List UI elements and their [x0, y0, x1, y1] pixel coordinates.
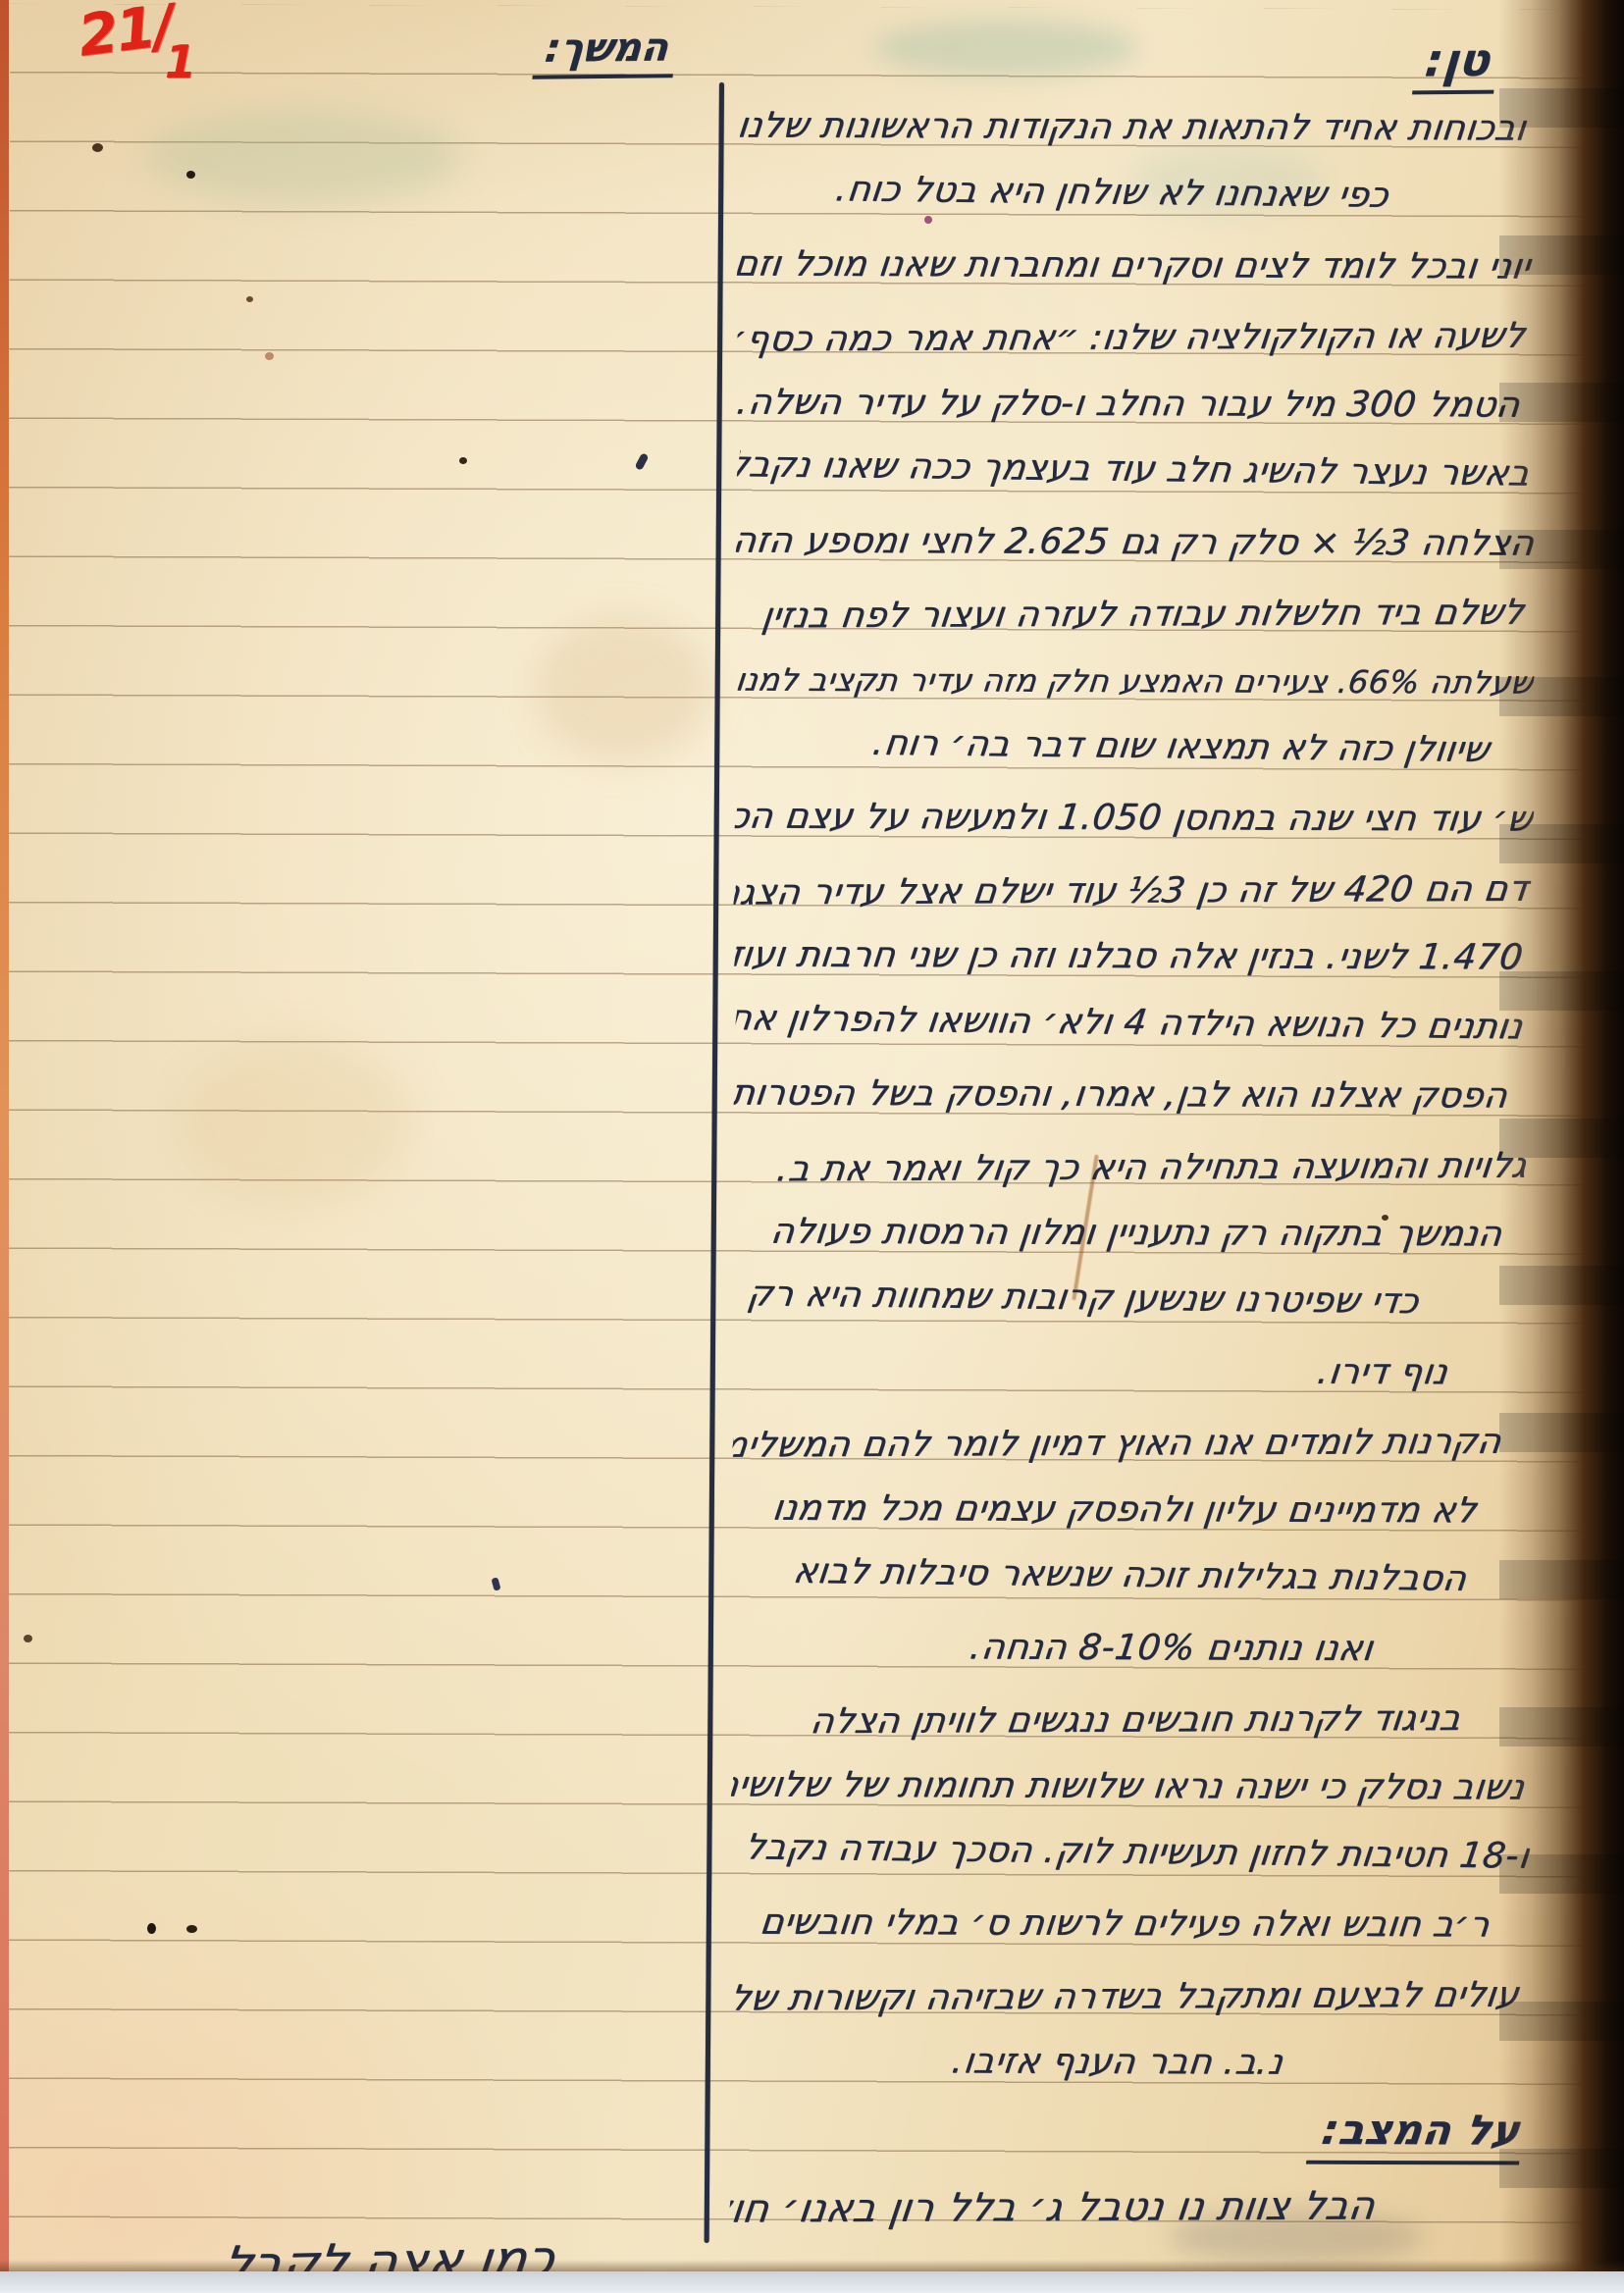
paper-stain [535, 616, 711, 763]
closing-line: הבל צוות נו נטבל ג׳ בלל רון באנו׳ חוקה [725, 2167, 1533, 2240]
manuscript-line: נוף דירו. [730, 1334, 1536, 1407]
page-number-main: 21/ [76, 0, 176, 65]
manuscript-line: ש׳ עוד חצי שנה במחסן 1.050 ולמעשה על עצם… [732, 782, 1538, 855]
manuscript-line: הפסק אצלנו הוא לבן, אמרו, והפסק בשל הפטר… [731, 1059, 1537, 1131]
manuscript-line: הנמשך בתקוה רק נתעניין ומלון הרמסות פעול… [730, 1196, 1536, 1269]
page-number-sub: 1 [165, 39, 196, 84]
green-smudge [147, 110, 461, 203]
manuscript-line: נותנים כל הנושא הילדה 4 ולא׳ הוושאו להפר… [732, 983, 1538, 1062]
manuscript-line: ר׳ב חובש ואלה פעילים לרשות ס׳ במלי חובשי… [727, 1888, 1533, 1960]
manuscript-line: ואנו נותנים 8-10% הנחה. [729, 1611, 1535, 1684]
manuscript-text-column: ובכוחות אחיד להתאות את הנקודות הראשונות … [730, 90, 1535, 2236]
manuscript-line: נשוב נסלק כי ישנה נראו שלושות תחומות של … [728, 1749, 1534, 1822]
scanned-notebook-page: 21/1 המשך: טן: ובכוחות אחיד להתאות את הנ… [0, 0, 1624, 2293]
manuscript-line: הטמל 300 מיל עבור החלב ו-סלק על עדיר השל… [733, 367, 1539, 440]
manuscript-line: לשלם ביד חלשלות עבודה לעזרה ועצור לפח בנ… [731, 578, 1539, 651]
manuscript-line: ו-18 חטיבות לחזון תעשיות לוק. הסכך עבודה… [728, 1812, 1534, 1891]
ink-speck [147, 1923, 156, 1934]
manuscript-line: הסבלנות בגלילות זוכה שנשאר סיבלות לבוא [729, 1536, 1535, 1614]
manuscript-line: דם הם 420 של זה כן 3½ עוד ישלם אצל עדיר … [730, 854, 1538, 926]
green-smudge [873, 20, 1138, 77]
ink-speck [459, 457, 467, 464]
ink-speck [24, 1635, 32, 1642]
manuscript-line: ובכוחות אחיד להתאות את הנקודות הראשונות … [734, 90, 1540, 163]
manuscript-line: באשר נעצר להשיג חלב עוד בעצמך ככה שאנו נ… [734, 430, 1540, 508]
paper-stain [177, 1038, 412, 1205]
manuscript-line: יוני ובכל לומד לצים וסקרים ומחברות שאנו … [734, 229, 1540, 301]
ink-speck [186, 1925, 197, 1933]
manuscript-line: 1.470 לשני. בנזין אלה סבלנו וזה כן שני ח… [731, 920, 1537, 993]
ink-speck [246, 296, 253, 302]
manuscript-line: שיוולן כזה לא תמצאו שום דבר בה׳ רוח. [733, 706, 1539, 785]
page-bottom-edge-shadow [0, 2260, 1624, 2271]
manuscript-line: שעלתה 66%. צעירים האמצע חלק מזה עדיר תקצ… [732, 644, 1538, 716]
manuscript-line: נ.ב. חבר הענף אזיבו. [727, 2026, 1533, 2099]
footer-section-header-text: על המצב: [1306, 2107, 1526, 2164]
page-number: 21/1 [79, 2, 204, 59]
scanner-background-strip [0, 2271, 1624, 2293]
footer-section-header: על המצב: [727, 2095, 1533, 2167]
manuscript-line: גלויות והמועצה בתחילה היא כך קול ואמר את… [729, 1130, 1537, 1203]
ink-speck [265, 352, 274, 360]
page-left-edge [0, 0, 9, 2293]
manuscript-line: עולים לבצעם ומתקבל בשדרה שבזיהה וקשורות … [726, 1959, 1534, 2032]
manuscript-line: כדי שפיטרנו שנשען קרובות שמחוות היא רק [730, 1260, 1536, 1338]
manuscript-line: לשעה או הקולקולציה שלנו: ״אחת אמר כמה כס… [732, 301, 1540, 374]
manuscript-line: הצלחה 3½ × סלק רק גם 2.625 לחצי ומספע הז… [733, 505, 1539, 578]
book-spine-shadow [1499, 0, 1624, 2293]
header-continuation: המשך: [532, 25, 678, 78]
manuscript-line: לא מדמיינים עליון ולהפסק עצמים מכל מדמנו [729, 1473, 1535, 1545]
header-right: טן: [1412, 33, 1499, 95]
manuscript-line: הקרנות לומדים אנו האוץ דמיון לומר להם המ… [728, 1407, 1536, 1480]
manuscript-line: בניגוד לקרנות חובשים ננגשים לוויתן הצלה [727, 1684, 1535, 1756]
ink-speck [92, 143, 103, 152]
ink-speck [186, 171, 195, 179]
manuscript-line: כפי שאנחנו לא שולחן היא בטל כוח. [735, 154, 1541, 233]
